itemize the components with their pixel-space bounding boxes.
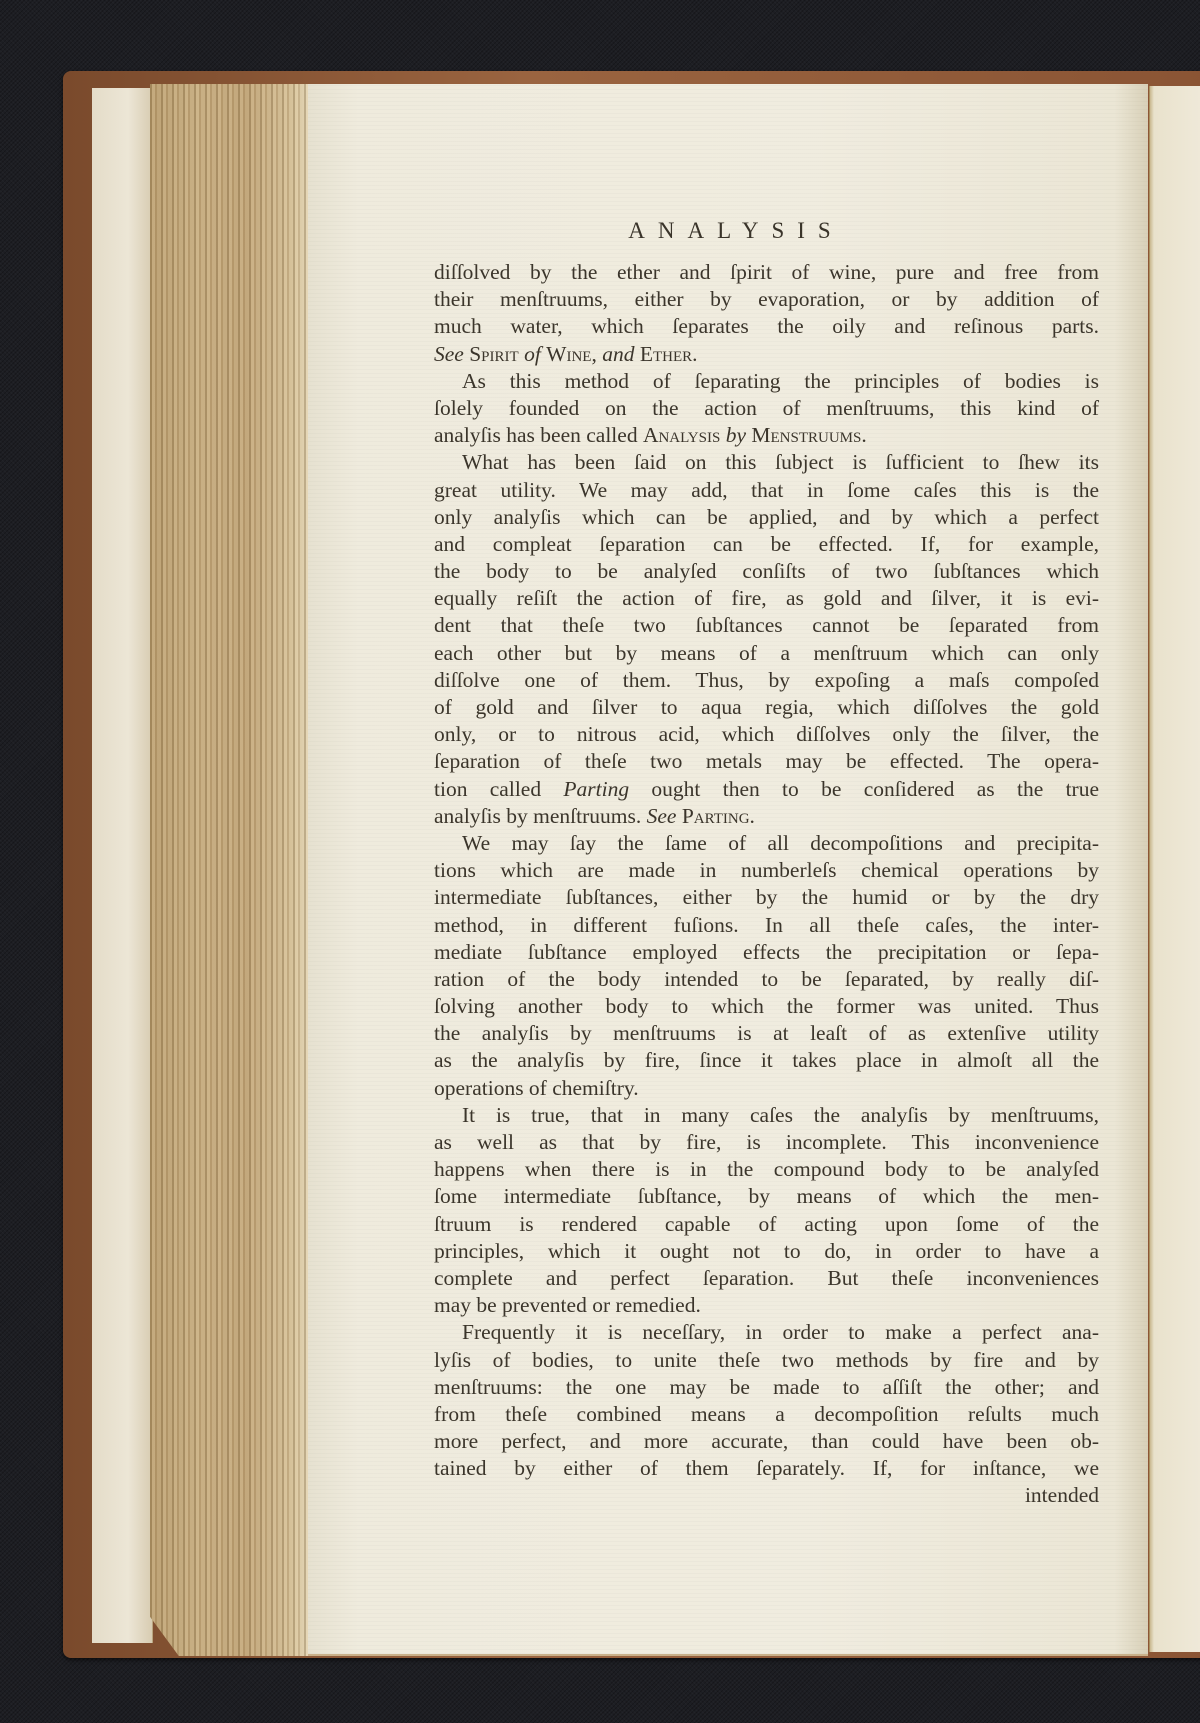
text-line: of gold and ſilver to aqua regia, which …	[434, 694, 1099, 721]
text-line: analyſis by menſtruums. See Parting.	[434, 803, 1099, 830]
italic-text: by	[726, 423, 752, 447]
cross-reference: Menstruums.	[751, 423, 866, 447]
facing-page-edge	[1149, 86, 1200, 1652]
text-line: as the analyſis by fire, ſince it takes …	[434, 1047, 1099, 1074]
text-line: Frequently it is neceſſary, in order to …	[434, 1319, 1099, 1346]
text-line: each other but by means of a menſtruum w…	[434, 640, 1099, 667]
text-line: lyſis of bodies, to unite theſe two meth…	[434, 1347, 1099, 1374]
text-line: complete and perfect ſeparation. But the…	[434, 1265, 1099, 1292]
cross-reference: Spirit	[469, 342, 524, 366]
text-line: ſtruum is rendered capable of acting upo…	[434, 1211, 1099, 1238]
text-line: much water, which ſeparates the oily and…	[434, 313, 1099, 340]
text-run: tion called	[434, 777, 563, 801]
text-line: equally reſiſt the action of fire, as go…	[434, 585, 1099, 612]
text-line: the body to be analyſed conſiſts of two …	[434, 558, 1099, 585]
body-text: diſſolved by the ether and ſpirit of win…	[434, 259, 1099, 1510]
text-line: tions which are made in numberleſs chemi…	[434, 857, 1099, 884]
text-line: may be prevented or remedied.	[434, 1292, 1099, 1319]
text-line: ſeparation of theſe two metals may be ef…	[434, 748, 1099, 775]
catchword: intended	[434, 1482, 1099, 1509]
text-line: more perfect, and more accurate, than co…	[434, 1428, 1099, 1455]
italic-text: of	[524, 342, 546, 366]
text-line: What has been ſaid on this ſubject is ſu…	[434, 449, 1099, 476]
text-run: analyſis has been called	[434, 423, 643, 447]
text-line: ſome intermediate ſubſtance, by means of…	[434, 1183, 1099, 1210]
text-line: ſolving another body to which the former…	[434, 993, 1099, 1020]
text-line: menſtruums: the one may be made to aſſiſ…	[434, 1374, 1099, 1401]
page-fore-edge	[150, 84, 310, 1656]
italic-text: and	[602, 342, 640, 366]
text-line: their menſtruums, either by evaporation,…	[434, 286, 1099, 313]
cross-reference: Parting.	[682, 804, 755, 828]
text-run: ought then to be conſidered as the true	[629, 777, 1099, 801]
text-line: tion called Parting ought then to be con…	[434, 776, 1099, 803]
text-line: as well as that by fire, is incomplete. …	[434, 1129, 1099, 1156]
text-line: intermediate ſubſtances, either by the h…	[434, 884, 1099, 911]
text-line: dent that theſe two ſubſtances cannot be…	[434, 612, 1099, 639]
text-line: We may ſay the ſame of all decompoſition…	[434, 830, 1099, 857]
text-line: only analyſis which can be applied, and …	[434, 504, 1099, 531]
italic-text: See	[434, 342, 469, 366]
italic-text: Parting	[563, 777, 629, 801]
text-line: the analyſis by menſtruums is at leaſt o…	[434, 1020, 1099, 1047]
text-line: tained by either of them ſeparately. If,…	[434, 1455, 1099, 1482]
text-line: method, in different fuſions. In all the…	[434, 912, 1099, 939]
text-line: diſſolved by the ether and ſpirit of win…	[434, 259, 1099, 286]
cross-reference: Analysis	[643, 423, 726, 447]
text-line: operations of chemiſtry.	[434, 1075, 1099, 1102]
text-line: See Spirit of Wine, and Ether.	[434, 341, 1099, 368]
text-line: ration of the body intended to be ſepara…	[434, 966, 1099, 993]
text-line: It is true, that in many caſes the analy…	[434, 1102, 1099, 1129]
text-line: ſolely founded on the action of menſtruu…	[434, 395, 1099, 422]
text-line: principles, which it ought not to do, in…	[434, 1238, 1099, 1265]
text-line: and compleat ſeparation can be effected.…	[434, 531, 1099, 558]
text-line: mediate ſubſtance employed effects the p…	[434, 939, 1099, 966]
cross-reference: Wine,	[546, 342, 602, 366]
text-line: diſſolve one of them. Thus, by expoſing …	[434, 667, 1099, 694]
cross-reference: Ether.	[640, 342, 698, 366]
text-line: only, or to nitrous acid, which diſſolve…	[434, 721, 1099, 748]
text-line: analyſis has been called Analysis by Men…	[434, 422, 1099, 449]
flyleaf-edge	[92, 88, 153, 1643]
text-line: great utility. We may add, that in ſome …	[434, 477, 1099, 504]
text-line: As this method of ſeparating the princip…	[434, 368, 1099, 395]
text-run: analyſis by menſtruums.	[434, 804, 647, 828]
running-head: ANALYSIS	[308, 218, 1156, 244]
italic-text: See	[647, 804, 682, 828]
text-line: from theſe combined means a decompoſitio…	[434, 1401, 1099, 1428]
text-line: happens when there is in the compound bo…	[434, 1156, 1099, 1183]
